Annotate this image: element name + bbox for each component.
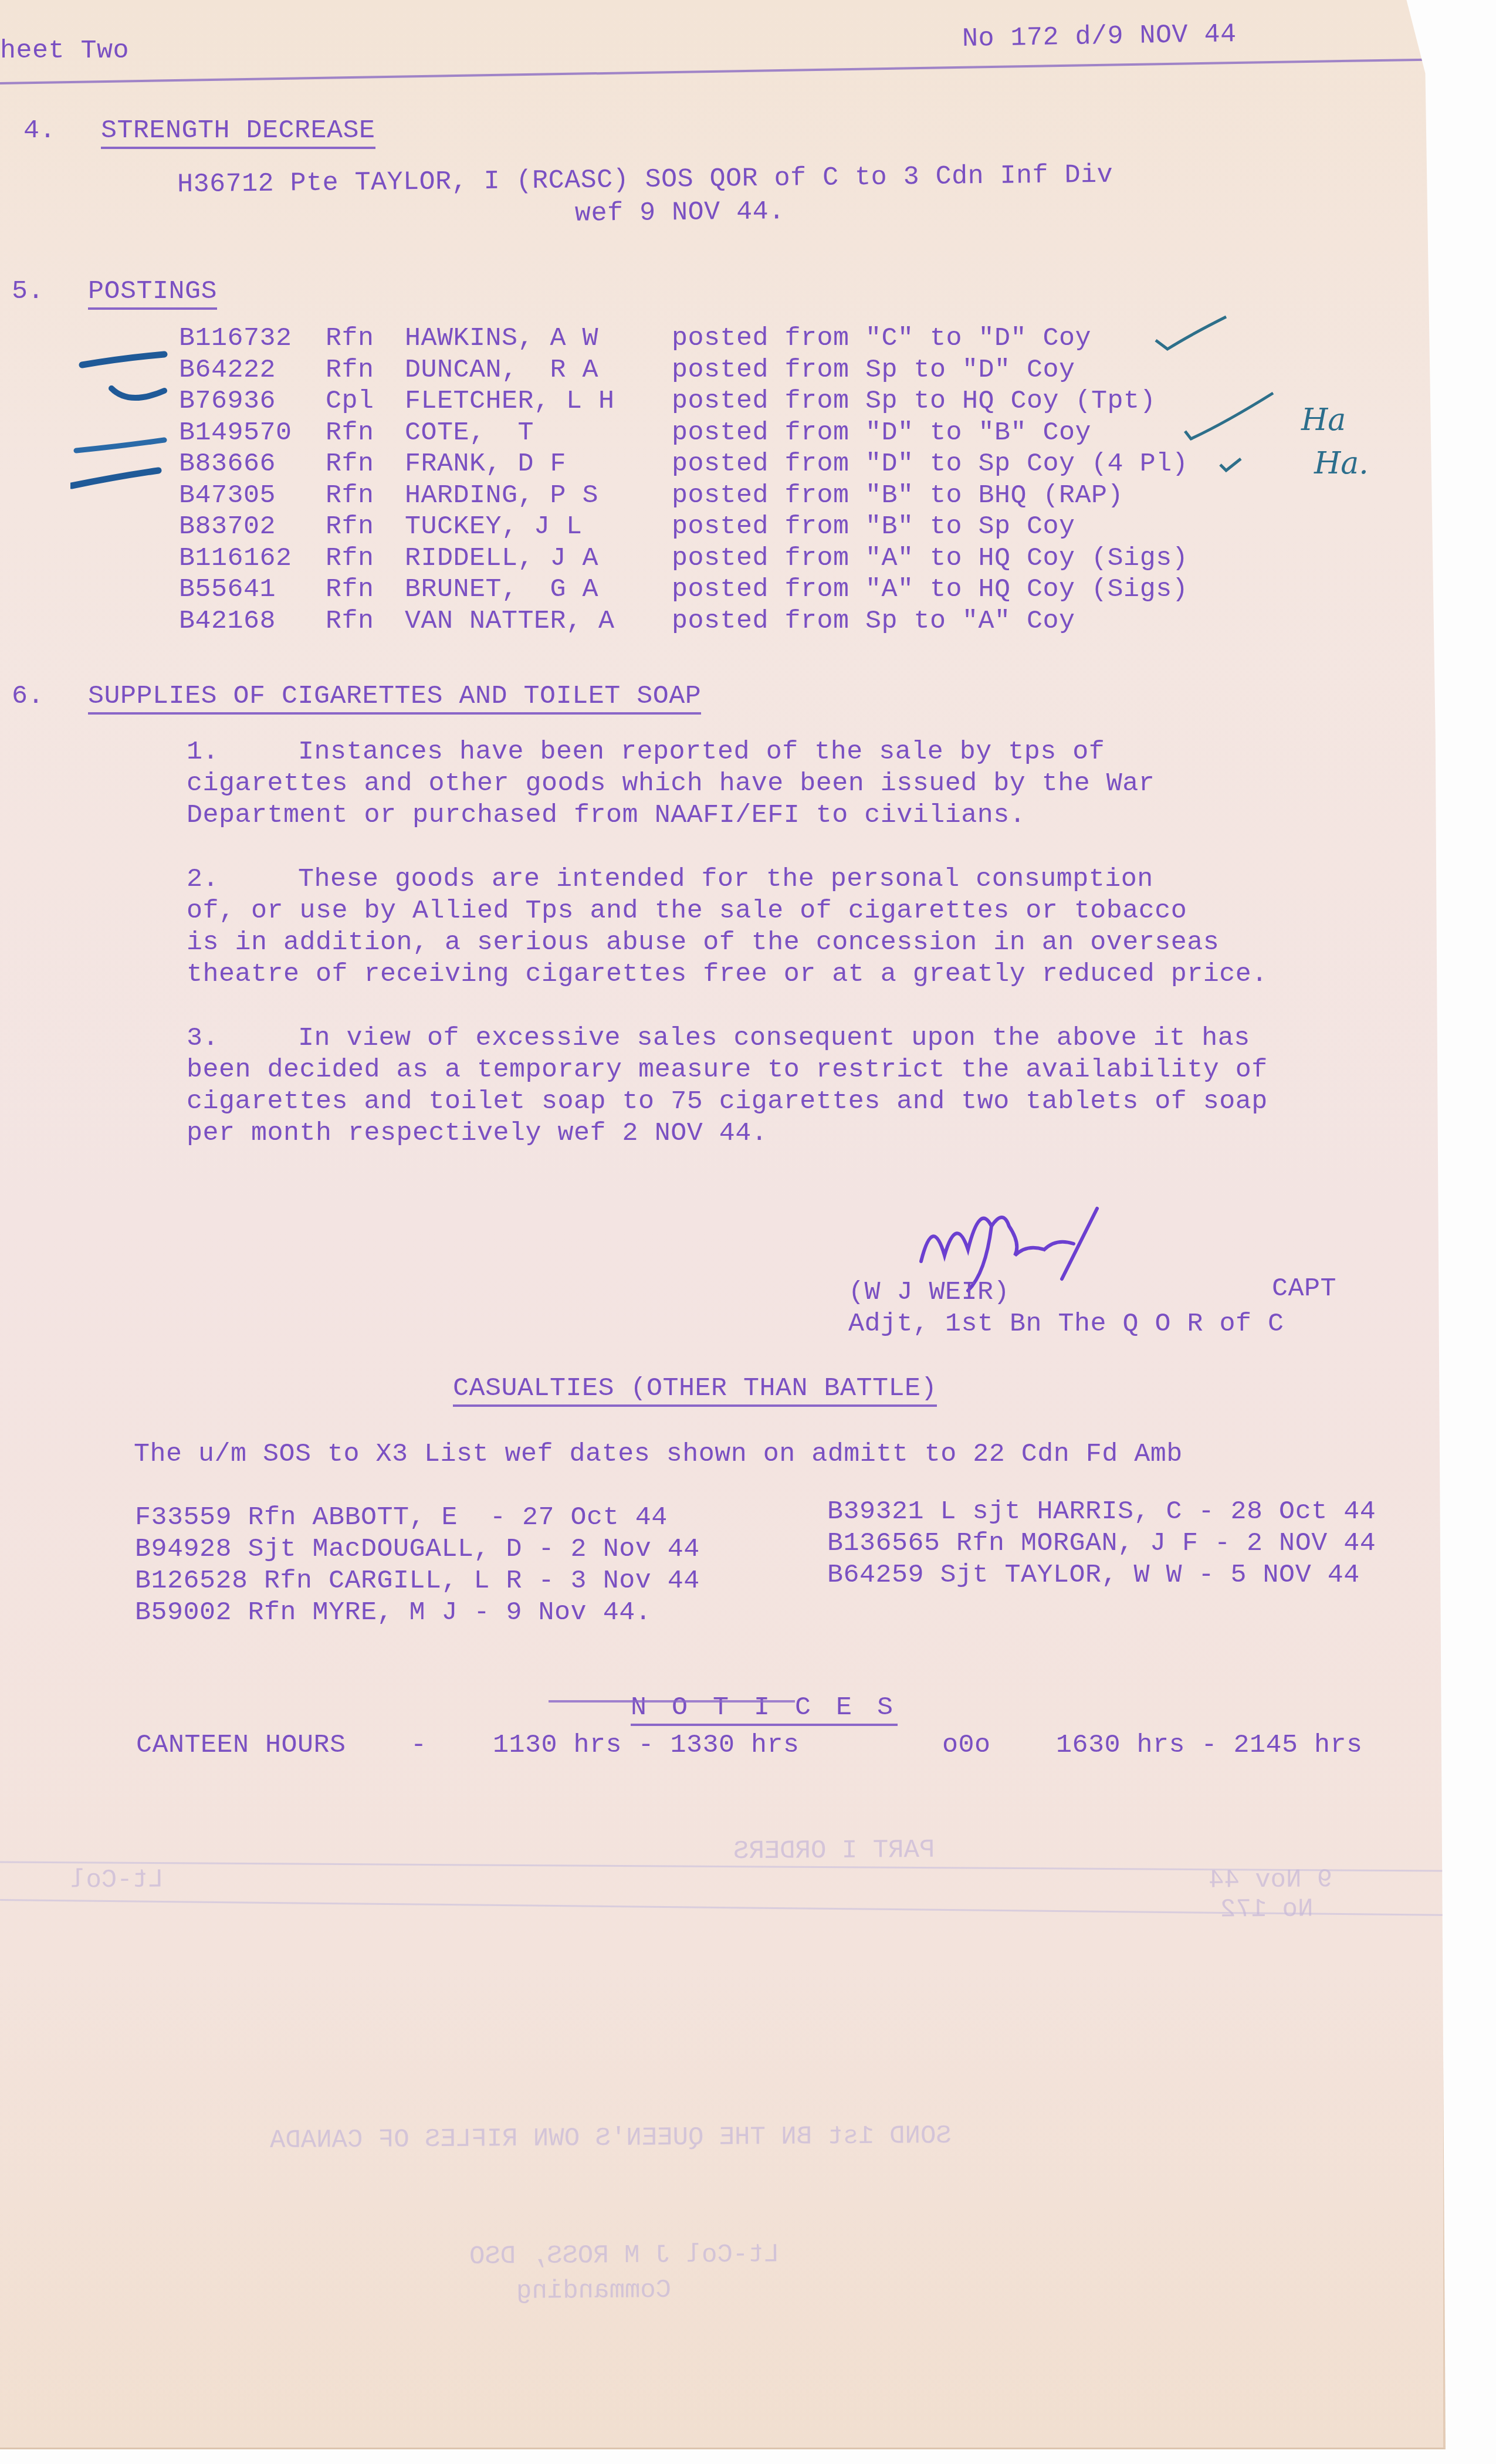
initials-cote: Ha — [1301, 402, 1346, 438]
posting-detail: posted from "B" to Sp Coy — [672, 511, 1075, 543]
show-through-text-2: SOND 1st BN THE QUEEN'S OWN RIFLES OF CA… — [270, 2121, 952, 2155]
section-5-title: POSTINGS — [88, 276, 217, 307]
casualty-entry: B39321 L sjt HARRIS, C - 28 Oct 44 — [827, 1496, 1376, 1528]
posting-rank: Rfn — [326, 480, 374, 512]
posting-detail: posted from "D" to Sp Coy (4 Pl) — [672, 448, 1188, 480]
casualty-entry: B136565 Rfn MORGAN, J F - 2 NOV 44 — [827, 1528, 1376, 1559]
initials-frank: Ha. — [1314, 446, 1369, 481]
signatory-name: (W J WEIR) — [848, 1277, 1010, 1308]
paragraph-line: is in addition, a serious abuse of the c… — [187, 927, 1219, 959]
posting-detail: posted from Sp to HQ Coy (Tpt) — [672, 385, 1156, 417]
notices-double-underline — [549, 1700, 795, 1703]
posting-rank: Rfn — [326, 448, 374, 480]
sheet-label: heet Two — [0, 35, 129, 67]
posting-name: BRUNET, G A — [405, 574, 598, 605]
posting-rank: Rfn — [326, 543, 374, 574]
posting-detail: posted from "A" to HQ Coy (Sigs) — [672, 574, 1188, 605]
paragraph-line: cigarettes and toilet soap to 75 cigaret… — [187, 1086, 1268, 1118]
show-through-text-5: Lt-Col — [70, 1865, 164, 1895]
casualties-intro: The u/m SOS to X3 List wef dates shown o… — [134, 1439, 1183, 1470]
posting-name: FRANK, D F — [405, 448, 566, 480]
posting-rank: Cpl — [326, 385, 374, 417]
section-4-number: 4. — [23, 115, 56, 147]
section-4-title-text: STRENGTH DECREASE — [101, 116, 375, 149]
section-5-title-text: POSTINGS — [88, 276, 217, 310]
signatory-appointment: Adjt, 1st Bn The Q O R of C — [848, 1308, 1284, 1340]
posting-name: TUCKEY, J L — [405, 511, 583, 543]
posting-detail: posted from Sp to "D" Coy — [672, 354, 1075, 386]
canteen-separator: - — [411, 1729, 427, 1761]
posting-rank: Rfn — [326, 574, 374, 605]
posting-rank: Rfn — [326, 511, 374, 543]
posting-name: HAWKINS, A W — [405, 323, 598, 354]
casualties-title: CASUALTIES (OTHER THAN BATTLE) — [453, 1373, 937, 1404]
casualties-title-text: CASUALTIES (OTHER THAN BATTLE) — [453, 1373, 937, 1407]
canteen-period-2: 1630 hrs - 2145 hrs — [1056, 1729, 1363, 1761]
posting-rank: Rfn — [326, 354, 374, 386]
paragraph-line: theatre of receiving cigarettes free or … — [187, 959, 1268, 990]
order-reference: No 172 d/9 NOV 44 — [962, 19, 1237, 55]
posting-rank: Rfn — [326, 323, 374, 354]
posting-name: RIDDELL, J A — [405, 543, 598, 574]
posting-number: B83702 — [179, 511, 276, 543]
posting-name: FLETCHER, L H — [405, 385, 615, 417]
section-4-line-2: wef 9 NOV 44. — [575, 196, 785, 230]
paragraph-line: been decided as a temporary measure to r… — [187, 1054, 1268, 1086]
posting-number: B55641 — [179, 574, 276, 605]
posting-number: B42168 — [179, 605, 276, 637]
paragraph-line: Instances have been reported of the sale… — [298, 736, 1105, 768]
posting-detail: posted from Sp to "A" Coy — [672, 605, 1075, 637]
section-6-title: SUPPLIES OF CIGARETTES AND TOILET SOAP — [88, 681, 701, 712]
casualty-entry: B126528 Rfn CARGILL, L R - 3 Nov 44 — [135, 1565, 700, 1597]
paragraph-line: cigarettes and other goods which have be… — [187, 768, 1155, 800]
show-through-text-6: Lt-Col J M ROSS, DSO — [469, 2240, 779, 2272]
casualty-entry: B94928 Sjt MacDOUGALL, D - 2 Nov 44 — [135, 1534, 700, 1565]
show-through-text-4: 9 Nov 44 — [1209, 1865, 1333, 1895]
header-rule — [0, 58, 1443, 84]
signatory-rank: CAPT — [1272, 1273, 1336, 1305]
posting-name: VAN NATTER, A — [405, 605, 615, 637]
posting-detail: posted from "D" to "B" Coy — [672, 417, 1091, 449]
canteen-joiner: o0o — [942, 1729, 991, 1761]
posting-name: COTE, T — [405, 417, 534, 449]
paragraph-line: of, or use by Allied Tps and the sale of… — [187, 895, 1187, 927]
section-5-number: 5. — [12, 276, 44, 307]
section-6-number: 6. — [12, 681, 44, 712]
paragraph-number: 2. — [187, 864, 219, 895]
paragraph-line: In view of excessive sales consequent up… — [298, 1023, 1250, 1054]
canteen-period-1: 1130 hrs - 1330 hrs — [493, 1729, 800, 1761]
posting-name: HARDING, P S — [405, 480, 598, 512]
show-through-text-1: PART I ORDERS — [733, 1836, 935, 1866]
casualty-entry: B64259 Sjt TAYLOR, W W - 5 NOV 44 — [827, 1559, 1360, 1591]
posting-rank: Rfn — [326, 417, 374, 449]
section-4-line-1: H36712 Pte TAYLOR, I (RCASC) SOS QOR of … — [177, 160, 1113, 201]
paragraph-line: Department or purchased from NAAFI/EFI t… — [187, 800, 1025, 831]
paragraph-line: per month respectively wef 2 NOV 44. — [187, 1118, 767, 1149]
show-through-text-7: Commanding — [516, 2276, 671, 2306]
posting-name: DUNCAN, R A — [405, 354, 598, 386]
notices-title-text: N O T I C E S — [631, 1693, 898, 1726]
section-4-title: STRENGTH DECREASE — [101, 115, 375, 147]
section-6-title-text: SUPPLIES OF CIGARETTES AND TOILET SOAP — [88, 681, 701, 715]
document-page: heet Two No 172 d/9 NOV 44 4. STRENGTH D… — [0, 0, 1446, 2449]
posting-detail: posted from "C" to "D" Coy — [672, 323, 1091, 354]
paragraph-number: 3. — [187, 1023, 219, 1054]
posting-number: B116162 — [179, 543, 292, 574]
margin-pen-marks — [70, 340, 223, 505]
posting-detail: posted from "B" to BHQ (RAP) — [672, 480, 1123, 512]
paragraph-line: These goods are intended for the persona… — [298, 864, 1153, 895]
casualty-entry: F33559 Rfn ABBOTT, E - 27 Oct 44 — [135, 1502, 668, 1534]
paragraph-number: 1. — [187, 736, 219, 768]
show-through-text-3: No 172 — [1220, 1894, 1314, 1924]
canteen-hours-label: CANTEEN HOURS — [136, 1729, 346, 1761]
casualty-entry: B59002 Rfn MYRE, M J - 9 Nov 44. — [135, 1597, 651, 1629]
posting-rank: Rfn — [326, 605, 374, 637]
posting-detail: posted from "A" to HQ Coy (Sigs) — [672, 543, 1188, 574]
